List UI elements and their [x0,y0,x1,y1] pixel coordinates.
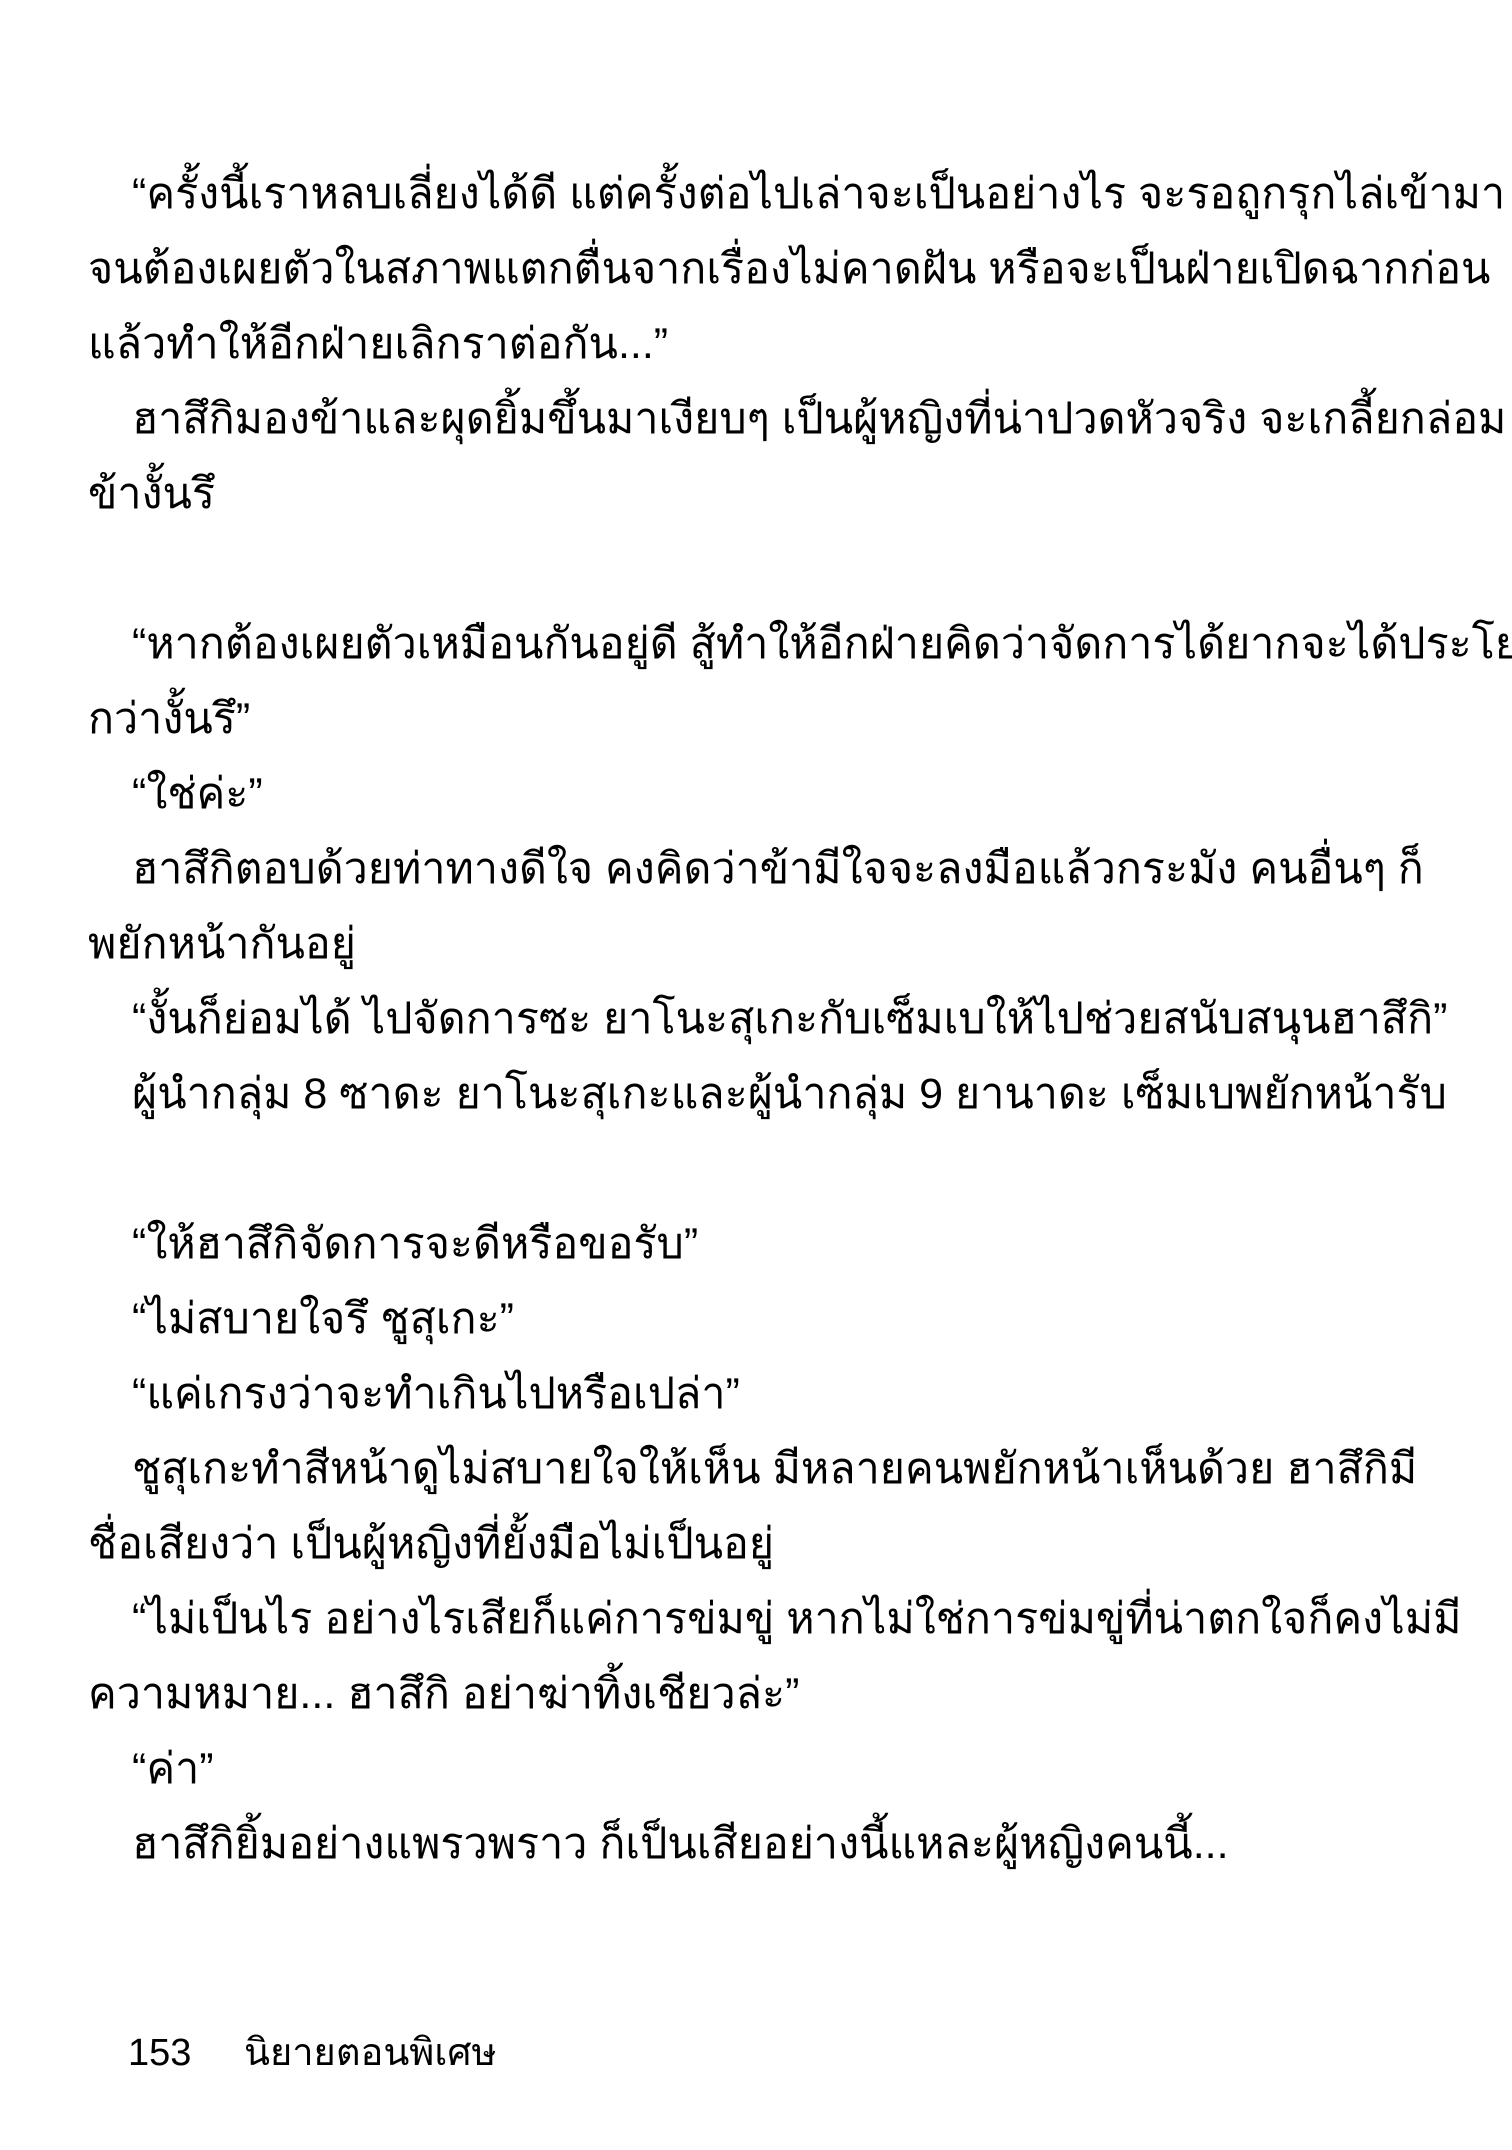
text-line: “ไม่สบายใจรึ ชูสุเกะ” [88,1282,1428,1357]
text-line: ฮาสึกิมองข้าและผุดยิ้มขึ้นมาเงียบๆ เป็นผ… [88,382,1428,457]
page-footer: 153 นิยายตอนพิเศษ [128,2026,497,2080]
text-line: จนต้องเผยตัวในสภาพแตกตื่นจากเรื่องไม่คาด… [88,232,1428,307]
blank-line [88,532,1428,607]
text-line: ฮาสึกิยิ้มอย่างแพรวพราว ก็เป็นเสียอย่างน… [88,1807,1428,1882]
text-line: “ครั้งนี้เราหลบเลี่ยงได้ดี แต่ครั้งต่อไป… [88,157,1428,232]
text-line: ชื่อเสียงว่า เป็นผู้หญิงที่ยั้งมือไม่เป็… [88,1507,1428,1582]
document-page: “ครั้งนี้เราหลบเลี่ยงได้ดี แต่ครั้งต่อไป… [0,0,1512,2150]
page-body: “ครั้งนี้เราหลบเลี่ยงได้ดี แต่ครั้งต่อไป… [88,157,1428,1882]
text-line: “ให้ฮาสึกิจัดการจะดีหรือขอรับ” [88,1207,1428,1282]
page-number: 153 [128,2026,191,2080]
text-line: กว่างั้นรึ” [88,682,1428,757]
text-line: ฮาสึกิตอบด้วยท่าทางดีใจ คงคิดว่าข้ามีใจจ… [88,832,1428,907]
text-line: “ใช่ค่ะ” [88,757,1428,832]
text-line: ผู้นำกลุ่ม 8 ซาดะ ยาโนะสุเกะและผู้นำกลุ่… [88,1057,1428,1132]
text-line: ความหมาย... ฮาสึกิ อย่าฆ่าทิ้งเชียวล่ะ” [88,1657,1428,1732]
text-line: “แค่เกรงว่าจะทำเกินไปหรือเปล่า” [88,1357,1428,1432]
footer-label: นิยายตอนพิเศษ [244,2032,497,2074]
blank-line [88,1132,1428,1207]
text-line: ชูสุเกะทำสีหน้าดูไม่สบายใจให้เห็น มีหลาย… [88,1432,1428,1507]
text-line: พยักหน้ากันอยู่ [88,907,1428,982]
text-line: “ไม่เป็นไร อย่างไรเสียก็แค่การข่มขู่ หาก… [88,1582,1428,1657]
text-line: “หากต้องเผยตัวเหมือนกันอยู่ดี สู้ทำให้อี… [88,607,1428,682]
text-line: แล้วทำให้อีกฝ่ายเลิกราต่อกัน...” [88,307,1428,382]
text-line: “ค่า” [88,1732,1428,1807]
text-line: ข้างั้นรึ [88,457,1428,532]
text-line: “งั้นก็ย่อมได้ ไปจัดการซะ ยาโนะสุเกะกับเ… [88,982,1428,1057]
